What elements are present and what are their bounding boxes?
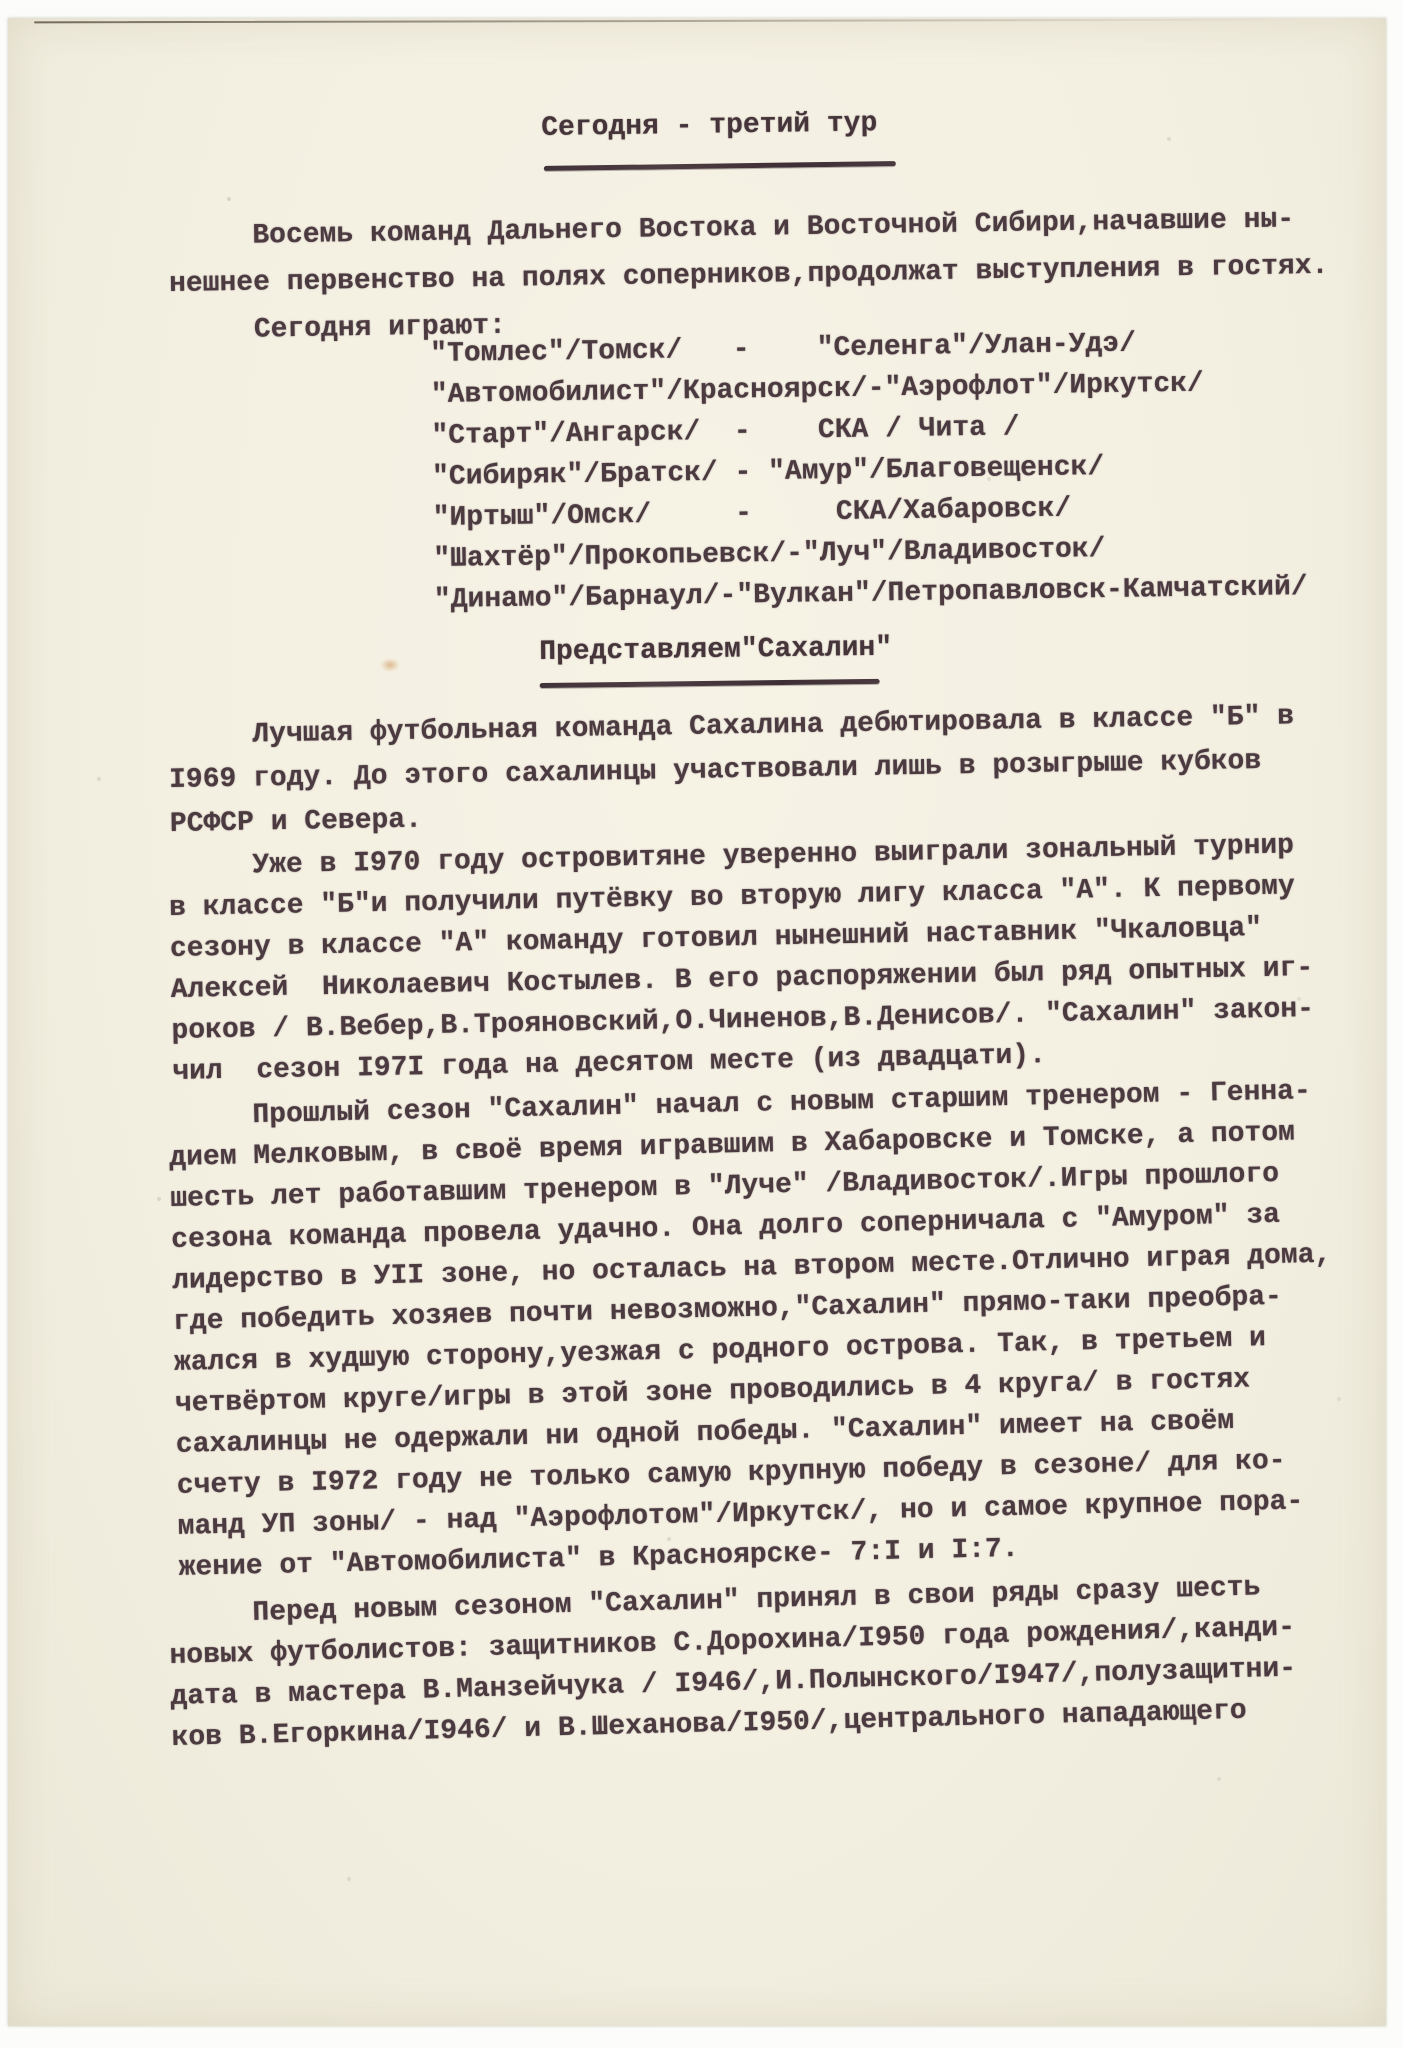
fixtures-list: "Томлес"/Томск/ - "Селенга"/Улан-Удэ/ "А… [430,321,1308,621]
paragraph-new-season: Перед новым сезоном "Сахалин" принял в с… [168,1567,1298,1759]
paragraph-last-season: Прошлый сезон "Сахалин" начал с новым ст… [168,1071,1338,1589]
paper-sheet: Сегодня - третий тур Восемь команд Дальн… [8,18,1386,2026]
title-block: Сегодня - третий тур [541,103,896,171]
section-heading-block: Представляем"Сахалин" [539,628,893,688]
paper-stain [380,658,400,672]
section-heading: Представляем"Сахалин" [539,628,892,673]
title-underline [544,161,896,171]
paper-speckles [8,18,10,20]
section-underline [540,679,880,688]
paragraph-1970: Уже в I970 году островитяне уверенно выи… [168,825,1315,1093]
paragraph-debut: Лучшая футбольная команда Сахалина дебют… [168,695,1296,847]
scan-edge-line [34,19,1304,24]
page-title: Сегодня - третий тур [541,103,896,149]
scanned-page: Сегодня - третий тур Восемь команд Дальн… [0,0,1402,2048]
